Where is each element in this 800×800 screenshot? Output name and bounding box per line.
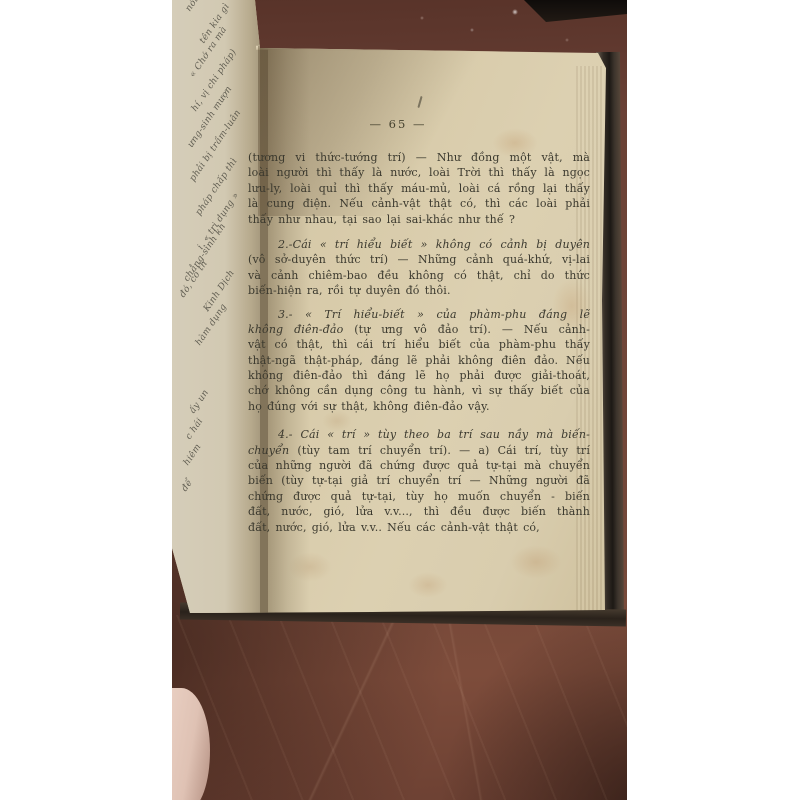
text-line: không điên-đảo (tự ưng vô đảo trí). — Nế… <box>248 322 590 337</box>
text-line: biến (tùy tự-tại giả trí chuyển trí — Nh… <box>248 473 590 488</box>
text-line: biến-hiện ra, rồi tự duyên đó thôi. <box>248 283 590 298</box>
paragraph: (tương vi thức-tướng trí) — Như đồng một… <box>248 150 590 227</box>
foxing-stain <box>408 572 448 598</box>
text-line: chứng được quả tự-tại, tùy họ muốn chuyể… <box>248 489 590 504</box>
wood-scratches <box>172 615 627 800</box>
text-line: là cung điện. Nếu cảnh-vật thật có, thì … <box>248 196 590 211</box>
text-line: vật có thật, thì cái trí hiểu biết của p… <box>248 337 590 352</box>
text-line: (vô sở-duyên thức trí) — Những cảnh quá-… <box>248 252 590 267</box>
text-line: họ đúng với sự thật, không điên-đảo vậy. <box>248 399 590 414</box>
text-line: 4.- Cái « trí » tùy theo ba trí sau nầy … <box>248 427 590 442</box>
text-line: của những người đã chứng được quả tự-tại… <box>248 458 590 473</box>
text-line: và cảnh chiêm-bao đều không có thật, chỉ… <box>248 268 590 283</box>
paragraph: 4.- Cái « trí » tùy theo ba trí sau nầy … <box>248 427 590 535</box>
text-line: chớ không cần dụng công tu hành, vì sự t… <box>248 383 590 398</box>
paragraph: 3.- « Trí hiểu-biết » của phàm-phu đáng … <box>248 307 590 415</box>
text-line: đất, nước, gió, lửa v.v..., thì đều được… <box>248 504 590 519</box>
tilted-text-fragment: c hái <box>184 417 205 442</box>
tilted-text-fragment: nói : « Ý <box>184 0 215 14</box>
page-number: — 65 — <box>257 117 539 131</box>
text-line: không điên-đảo thì đáng lẽ họ phải được … <box>248 368 590 383</box>
text-line: thấy như nhau, tại sao lại sai-khác như … <box>248 212 590 227</box>
tilted-text-fragment: hiêm <box>182 442 204 467</box>
foxing-stain <box>510 545 562 579</box>
tilted-text-fragment: để <box>180 478 195 493</box>
paragraph: 2.-Cái « trí hiểu biết » không có cảnh b… <box>248 237 590 299</box>
text-line: 2.-Cái « trí hiểu biết » không có cảnh b… <box>248 237 590 252</box>
text-line: (tương vi thức-tướng trí) — Như đồng một… <box>248 150 590 165</box>
open-book-pages: nói : « Ýtên kia gì« Chớ ra màhí, vị chi… <box>172 0 620 622</box>
text-line: lưu-ly, loài quỉ thì thấy máu-mủ, loài c… <box>248 181 590 196</box>
text-block: (tương vi thức-tướng trí) — Như đồng một… <box>248 150 590 545</box>
text-line: 3.- « Trí hiểu-biết » của phàm-phu đáng … <box>248 307 590 322</box>
text-line: thật-ngã thật-pháp, đáng lẽ phải không đ… <box>248 353 590 368</box>
text-line: loài người thì thấy là nước, loài Trời t… <box>248 165 590 180</box>
foxing-stain <box>288 552 332 582</box>
book-photo: nói : « Ýtên kia gì« Chớ ra màhí, vị chi… <box>172 0 627 800</box>
text-line: chuyển (tùy tam trí chuyển trí). — a) Cá… <box>248 443 590 458</box>
tilted-text-fragment: ấy un <box>188 388 211 416</box>
text-line: đất, nước, gió, lửa v.v.. Nếu các cảnh-v… <box>248 520 590 535</box>
